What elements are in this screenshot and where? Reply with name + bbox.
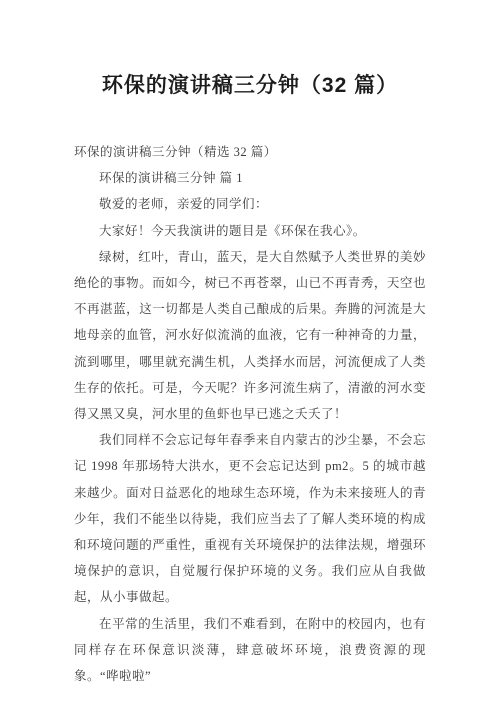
paragraph: 在平常的生活里，我们不难看到，在附中的校园内，也有同样存在环保意识淡薄，肆意破坏… [74,611,426,690]
section-heading: 环保的演讲稿三分钟 篇 1 [74,165,426,191]
document-body: 环保的演讲稿三分钟（精选 32 篇） 环保的演讲稿三分钟 篇 1 敬爱的老师，亲… [74,139,426,689]
paragraph-greeting: 大家好！今天我演讲的题目是《环保在我心》。 [74,218,426,244]
paragraph-salutation: 敬爱的老师，亲爱的同学们： [74,191,426,217]
document-page: 环保的演讲稿三分钟（32 篇） 环保的演讲稿三分钟（精选 32 篇） 环保的演讲… [0,0,500,707]
document-subtitle: 环保的演讲稿三分钟（精选 32 篇） [74,139,426,165]
document-title: 环保的演讲稿三分钟（32 篇） [0,0,500,100]
paragraph: 我们同样不会忘记每年春季来自内蒙古的沙尘暴，不会忘记 1998 年那场特大洪水，… [74,427,426,610]
paragraph: 绿树，红叶，青山，蓝天，是大自然赋予人类世界的美妙绝伦的事物。而如今，树已不再苍… [74,244,426,427]
